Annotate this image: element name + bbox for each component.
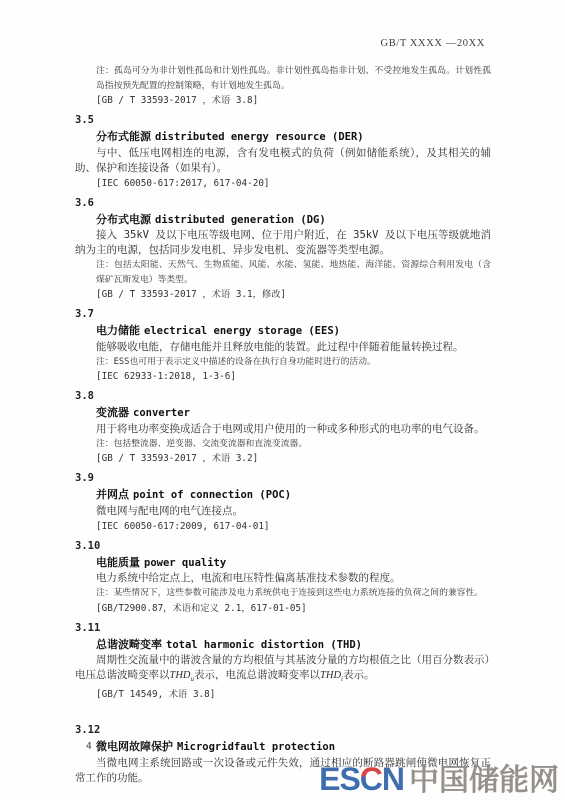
thd-voltage-symbol: THDu bbox=[170, 670, 195, 681]
term-heading: 变流器 converter bbox=[96, 404, 491, 422]
reference: [IEC 60050-617:2017, 617-04-20] bbox=[96, 176, 491, 191]
definition: 电力系统中给定点上，电流和电压特性偏离基准技术参数的程度。 bbox=[75, 571, 491, 586]
term-heading: 分布式电源 distributed generation (DG) bbox=[96, 211, 491, 229]
section-3-10: 3.10 电能质量 power quality 电力系统中给定点上，电流和电压特… bbox=[75, 539, 491, 616]
term-heading: 分布式能源 distributed energy resource (DER) bbox=[96, 128, 491, 146]
document-code: GB/T XXXX —20XX bbox=[381, 38, 485, 49]
term-chinese: 总谐波畸变率 bbox=[96, 639, 162, 651]
logo-chinese-name: 中国储能网 bbox=[409, 755, 559, 799]
section-number: 3.6 bbox=[75, 196, 491, 211]
section-number: 3.8 bbox=[75, 389, 491, 404]
term-english: electrical energy storage (EES) bbox=[144, 325, 340, 337]
section-number: 3.7 bbox=[75, 307, 491, 322]
escn-logo: ESCN中国储能网 bbox=[319, 755, 559, 799]
reference: [IEC 60050-617:2009, 617-04-01] bbox=[96, 519, 491, 534]
definition: 能够吸收电能，存储电能并且释放电能的装置。此过程中伴随着能量转换过程。 bbox=[75, 340, 491, 355]
section-number: 3.12 bbox=[75, 723, 491, 738]
definition: 周期性交流量中的谐波含量的方均根值与其基波分量的方均根值之比（用百分数表示）电压… bbox=[75, 653, 491, 687]
term-english: distributed energy resource (DER) bbox=[155, 131, 364, 143]
definition: 与中、低压电网相连的电源，含有发电模式的负荷（例如储能系统），及其相关的辅助、保… bbox=[75, 146, 491, 176]
note: 注：某些情况下，这些参数可能涉及电力系统供电于连接到这些电力系统连接的负荷之间的… bbox=[96, 586, 491, 601]
definition-text: 表示，电流总谐波畸变率以 bbox=[194, 669, 320, 681]
thd-symbol-text: THD bbox=[320, 670, 341, 681]
logo-letter-c: C bbox=[360, 761, 382, 798]
definition: 微电网与配电网的电气连接点。 bbox=[75, 504, 491, 519]
section-number: 3.5 bbox=[75, 113, 491, 128]
term-english: distributed generation (DG) bbox=[155, 214, 326, 226]
term-chinese: 微电网故障保护 bbox=[96, 741, 173, 753]
term-english: Microgridfault protection bbox=[177, 741, 335, 753]
logo-letter-n: N bbox=[382, 761, 404, 798]
term-heading: 总谐波畸变率 total harmonic distortion (THD) bbox=[96, 636, 491, 654]
reference: [GB/T2900.87，术语和定义 2.1，617-01-05] bbox=[96, 601, 491, 616]
term-chinese: 分布式电源 bbox=[96, 214, 151, 226]
section-3-6: 3.6 分布式电源 distributed generation (DG) 接入… bbox=[75, 196, 491, 303]
section-number: 3.11 bbox=[75, 621, 491, 636]
term-heading: 并网点 point of connection (POC) bbox=[96, 486, 491, 504]
definition-text: 周期性交流量中的谐波含量的方均根值与其基波分量的方均根值之比（用百分数表示） bbox=[96, 654, 495, 666]
definition-text: 电压总谐波畸变率以 bbox=[75, 669, 170, 681]
section-3-7: 3.7 电力储能 electrical energy storage (EES)… bbox=[75, 307, 491, 384]
definition: 接入 35kV 及以下电压等级电网、位于用户附近，在 35kV 及以下电压等级就… bbox=[75, 228, 491, 258]
reference: [GB / T 33593-2017 ，术语 3.1，修改] bbox=[96, 287, 491, 302]
thd-current-symbol: THDi bbox=[320, 670, 343, 681]
term-english: power quality bbox=[144, 557, 226, 569]
term-chinese: 分布式能源 bbox=[96, 131, 151, 143]
definition: 用于将电功率变换成适合于电网或用户使用的一种或多种形式的电功率的电气设备。 bbox=[75, 422, 491, 437]
term-english: point of connection (POC) bbox=[133, 489, 291, 501]
reference: [GB / T 33593-2017 ，术语 3.2] bbox=[96, 451, 491, 466]
term-chinese: 电能质量 bbox=[96, 557, 140, 569]
term-chinese: 变流器 bbox=[96, 407, 129, 419]
reference: [GB/T 14549, 术语 3.8] bbox=[96, 687, 491, 702]
section-3-9: 3.9 并网点 point of connection (POC) 微电网与配电… bbox=[75, 471, 491, 534]
definition-text: 表示。 bbox=[343, 669, 375, 681]
section-3-5: 3.5 分布式能源 distributed energy resource (D… bbox=[75, 113, 491, 191]
islanding-note-block: 注：孤岛可分为非计划性孤岛和计划性孤岛。非计划性孤岛指非计划、不受控地发生孤岛。… bbox=[75, 64, 491, 108]
term-heading: 微电网故障保护 Microgridfault protection bbox=[96, 738, 491, 756]
section-3-8: 3.8 变流器 converter 用于将电功率变换成适合于电网或用户使用的一种… bbox=[75, 389, 491, 466]
document-content: 注：孤岛可分为非计划性孤岛和计划性孤岛。非计划性孤岛指非计划、不受控地发生孤岛。… bbox=[75, 64, 491, 786]
term-english: total harmonic distortion (THD) bbox=[166, 639, 362, 651]
term-english: converter bbox=[133, 407, 190, 419]
note: 注：ESS也可用于表示定义中描述的设备在执行自身功能时进行的活动。 bbox=[96, 355, 491, 370]
reference: [IEC 62933-1:2018, 1-3-6] bbox=[96, 369, 491, 384]
section-number: 3.9 bbox=[75, 471, 491, 486]
section-number: 3.10 bbox=[75, 539, 491, 554]
term-heading: 电能质量 power quality bbox=[96, 554, 491, 572]
logo-letters-es: ES bbox=[319, 761, 360, 798]
document-page: GB/T XXXX —20XX 注：孤岛可分为非计划性孤岛和计划性孤岛。非计划性… bbox=[0, 0, 565, 800]
page-number: 4 bbox=[86, 741, 92, 752]
reference: [GB / T 33593-2017 ，术语 3.8] bbox=[96, 93, 491, 108]
thd-symbol-text: THD bbox=[170, 670, 191, 681]
term-heading: 电力储能 electrical energy storage (EES) bbox=[96, 322, 491, 340]
section-3-11: 3.11 总谐波畸变率 total harmonic distortion (T… bbox=[75, 621, 491, 703]
note: 注：包括太阳能、天然气、生物质能、风能、水能、氢能、地热能、海洋能、资源综合利用… bbox=[96, 258, 491, 287]
note-text: 注：孤岛可分为非计划性孤岛和计划性孤岛。非计划性孤岛指非计划、不受控地发生孤岛。… bbox=[96, 64, 491, 93]
term-chinese: 电力储能 bbox=[96, 325, 140, 337]
term-chinese: 并网点 bbox=[96, 489, 129, 501]
note: 注：包括整流器、逆变器、交流变流器和直流变流器。 bbox=[96, 437, 491, 452]
